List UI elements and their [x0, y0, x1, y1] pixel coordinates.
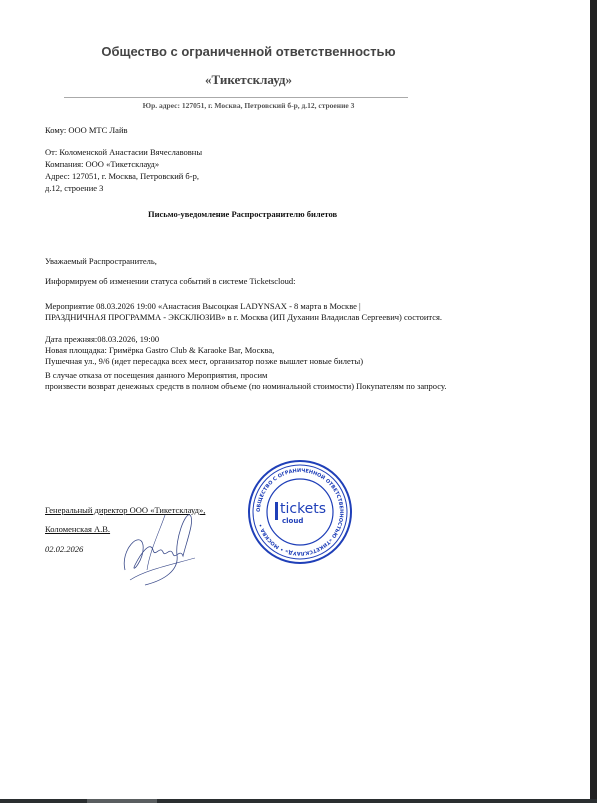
scrollbar-thumb[interactable]: [87, 799, 157, 803]
legal-address: Юр. адрес: 127051, г. Москва, Петровский…: [0, 101, 497, 110]
horizontal-scrollbar[interactable]: [0, 799, 597, 803]
sender-address-line1: Адрес: 127051, г. Москва, Петровский б-р…: [45, 171, 199, 182]
event-line1: Мероприятие 08.03.2026 19:00 «Анастасия …: [45, 301, 361, 312]
signatory-name: Коломенская А.В.: [45, 524, 110, 535]
intro: Информируем об изменении статуса событий…: [45, 276, 296, 287]
header-divider: [64, 97, 408, 98]
event-line2: ПРАЗДНИЧНАЯ ПРОГРАММА - ЭКСКЛЮЗИВ» в г. …: [45, 312, 442, 323]
sender-address-line2: д.12, строение 3: [45, 183, 103, 194]
refund-line2: произвести возврат денежных средств в по…: [45, 381, 446, 392]
refund-line1: В случае отказа от посещения данного Мер…: [45, 370, 267, 381]
document-page: Общество с ограниченной ответственностью…: [0, 0, 590, 799]
new-venue-line1: Новая площадка: Гримёрка Gastro Club & K…: [45, 345, 274, 356]
company-heading: Общество с ограниченной ответственностью: [0, 44, 497, 59]
handwritten-signature: [115, 510, 205, 590]
recipient: Кому: ООО МТС Лайв: [45, 125, 128, 136]
sender-company: Компания: ООО «Тикетсклауд»: [45, 159, 159, 170]
vertical-scrollbar[interactable]: [590, 0, 597, 803]
sender-from: От: Коломенской Анастасии Вячеславовны: [45, 147, 202, 158]
svg-text:cloud: cloud: [282, 517, 303, 525]
new-venue-line2: Пушечная ул., 9/6 (идет пересадка всех м…: [45, 356, 363, 367]
signature-date: 02.02.2026: [45, 544, 83, 555]
greeting: Уважаемый Распространитель,: [45, 256, 157, 267]
company-name: «Тикетсклауд»: [0, 72, 497, 88]
letter-title: Письмо-уведомление Распространителю биле…: [148, 209, 337, 219]
previous-date: Дата прежняя:08.03.2026, 19:00: [45, 334, 159, 345]
svg-text:tickets: tickets: [280, 501, 326, 517]
company-stamp: ОБЩЕСТВО С ОГРАНИЧЕННОЙ ОТВЕТСТВЕННОСТЬЮ…: [247, 457, 353, 567]
